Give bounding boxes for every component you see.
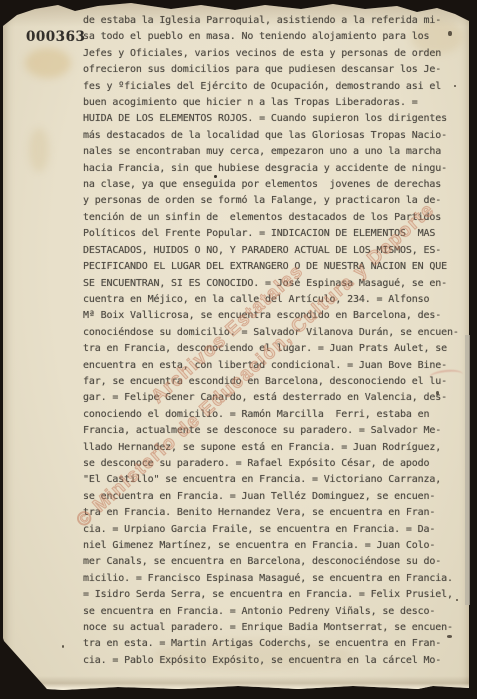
stain [25,48,71,78]
document-line: HUIDA DE LOS ELEMENTOS ROJOS. = Cuando s… [83,111,465,127]
ink-speck [448,31,452,36]
document-line: tra en Francia. Benito Hernandez Vera, s… [83,505,465,521]
document-line: se encuentra en Francia. = Juan Telléz D… [83,489,465,505]
ink-blot [214,175,217,178]
document-line: ofrecieron sus domicilios para que pudie… [83,62,465,78]
document-line: tra en esta. = Martin Artigas Coderchs, … [83,636,465,652]
paper-edge-highlight [465,335,470,605]
document-line: Mª Boix Vallicrosa, se encuentra escondi… [83,308,465,324]
document-line: nales se encontraban muy cerca, empezaro… [83,144,465,160]
document-line: y personas de orden se formó la Falange,… [83,193,465,209]
document-line: "El Castillo" se encuentra en Francia. =… [83,472,465,488]
ink-speck [436,391,439,395]
stain [29,128,49,172]
document-line: gar. = Felipe Gener Canardo, está dester… [83,390,465,406]
document-line: na clase, ya que enseguida por elementos… [83,177,465,193]
document-line: cia. = Pablo Expósito Expósito, se encue… [83,653,465,669]
document-body: de estaba la Iglesia Parroquial, asistie… [83,13,465,669]
document-line: tención de un sinfin de elementos destac… [83,210,465,226]
document-line: llado Hernandez, se supone está en Franc… [83,440,465,456]
document-line: = Isidro Serda Serra, se encuentra en Fr… [83,587,465,603]
ink-speck [447,635,452,638]
document-line: Políticos del Frente Popular. = INDICACI… [83,226,465,242]
folio-number-stamp: 000363 [26,29,85,45]
document-line: sa todo el pueblo en masa. No teniendo a… [83,29,465,45]
document-line: niel Gimenez Martínez, se encuentra en F… [83,538,465,554]
ink-speck [454,85,456,87]
document-page: 000363 de estaba la Iglesia Parroquial, … [3,0,469,692]
document-line: DESTACADOS, HUIDOS O NO, Y PARADERO ACTU… [83,243,465,259]
document-line: buen acogimiento que hicier n a las Trop… [83,95,465,111]
document-line: fes y ºficiales del Ejército de Ocupació… [83,79,465,95]
document-line: noce su actual paradero. = Enrique Badia… [83,620,465,636]
document-line: SE ENCUENTRAN, SI ES CONOCIDO. = José Es… [83,276,465,292]
ink-speck [456,599,458,601]
document-line: encuentra en esta, con libertad condicio… [83,358,465,374]
document-line: Jefes y Oficiales, varios vecinos de est… [83,46,465,62]
document-line: PECIFICANDO EL LUGAR DEL EXTRANGERO O DE… [83,259,465,275]
document-line: conociéndose su domicilio. = Salvador Vi… [83,325,465,341]
document-line: hacia Francia, sin que hubiese desgracia… [83,161,465,177]
document-line: más destacados de la localidad que las G… [83,128,465,144]
document-line: se encuentra en Francia. = Antonio Pedre… [83,604,465,620]
document-line: far, se encuentra escondido en Barcelona… [83,374,465,390]
document-line: tra en Francia, desconociendo el lugar. … [83,341,465,357]
document-line: cuentra en Méjico, en la calle del Artíc… [83,292,465,308]
document-line: se desconoce su paradero. = Rafael Expós… [83,456,465,472]
document-line: cia. = Urpiano Garcia Fraile, se encuent… [83,522,465,538]
photo-backdrop: 000363 de estaba la Iglesia Parroquial, … [0,0,477,699]
document-line: de estaba la Iglesia Parroquial, asistie… [83,13,465,29]
document-line: mer Canals, se encuentra en Barcelona, d… [83,554,465,570]
document-line: conociendo el domicilio. = Ramón Marcill… [83,407,465,423]
document-line: micilio. = Francisco Espinasa Masagué, s… [83,571,465,587]
document-line: Francia, actualmente se desconoce su par… [83,423,465,439]
ink-speck [62,645,64,648]
